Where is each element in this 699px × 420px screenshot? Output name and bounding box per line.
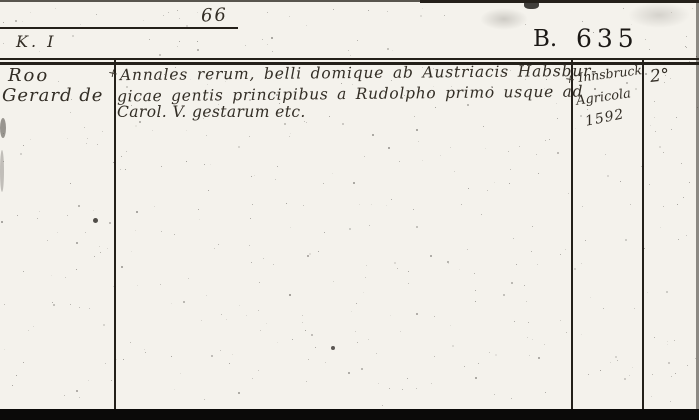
column-divider-author bbox=[114, 58, 116, 411]
title-line-3: Carol. V. gestarum etc. bbox=[117, 103, 306, 121]
author-surname: Roo bbox=[8, 65, 49, 86]
entry-number: 635 bbox=[576, 24, 639, 53]
shelf-mark: K. I bbox=[16, 32, 56, 51]
column-divider-format bbox=[642, 58, 644, 411]
table-top-border-outer bbox=[0, 58, 699, 60]
column-divider-imprint bbox=[571, 58, 573, 411]
header-underline bbox=[0, 27, 238, 29]
top-edge-line-right bbox=[420, 0, 699, 3]
author-forename: Gerard de bbox=[2, 85, 103, 106]
bottom-scan-band bbox=[0, 409, 699, 420]
section-letter: B. bbox=[533, 26, 557, 52]
collation-mark-imprint: + bbox=[564, 71, 576, 86]
page-number: 66 bbox=[201, 5, 229, 27]
catalog-card-scan: 66 K. I B. 635 Roo Gerard de + Annales r… bbox=[0, 0, 699, 420]
format-mark: 2° bbox=[649, 65, 670, 87]
